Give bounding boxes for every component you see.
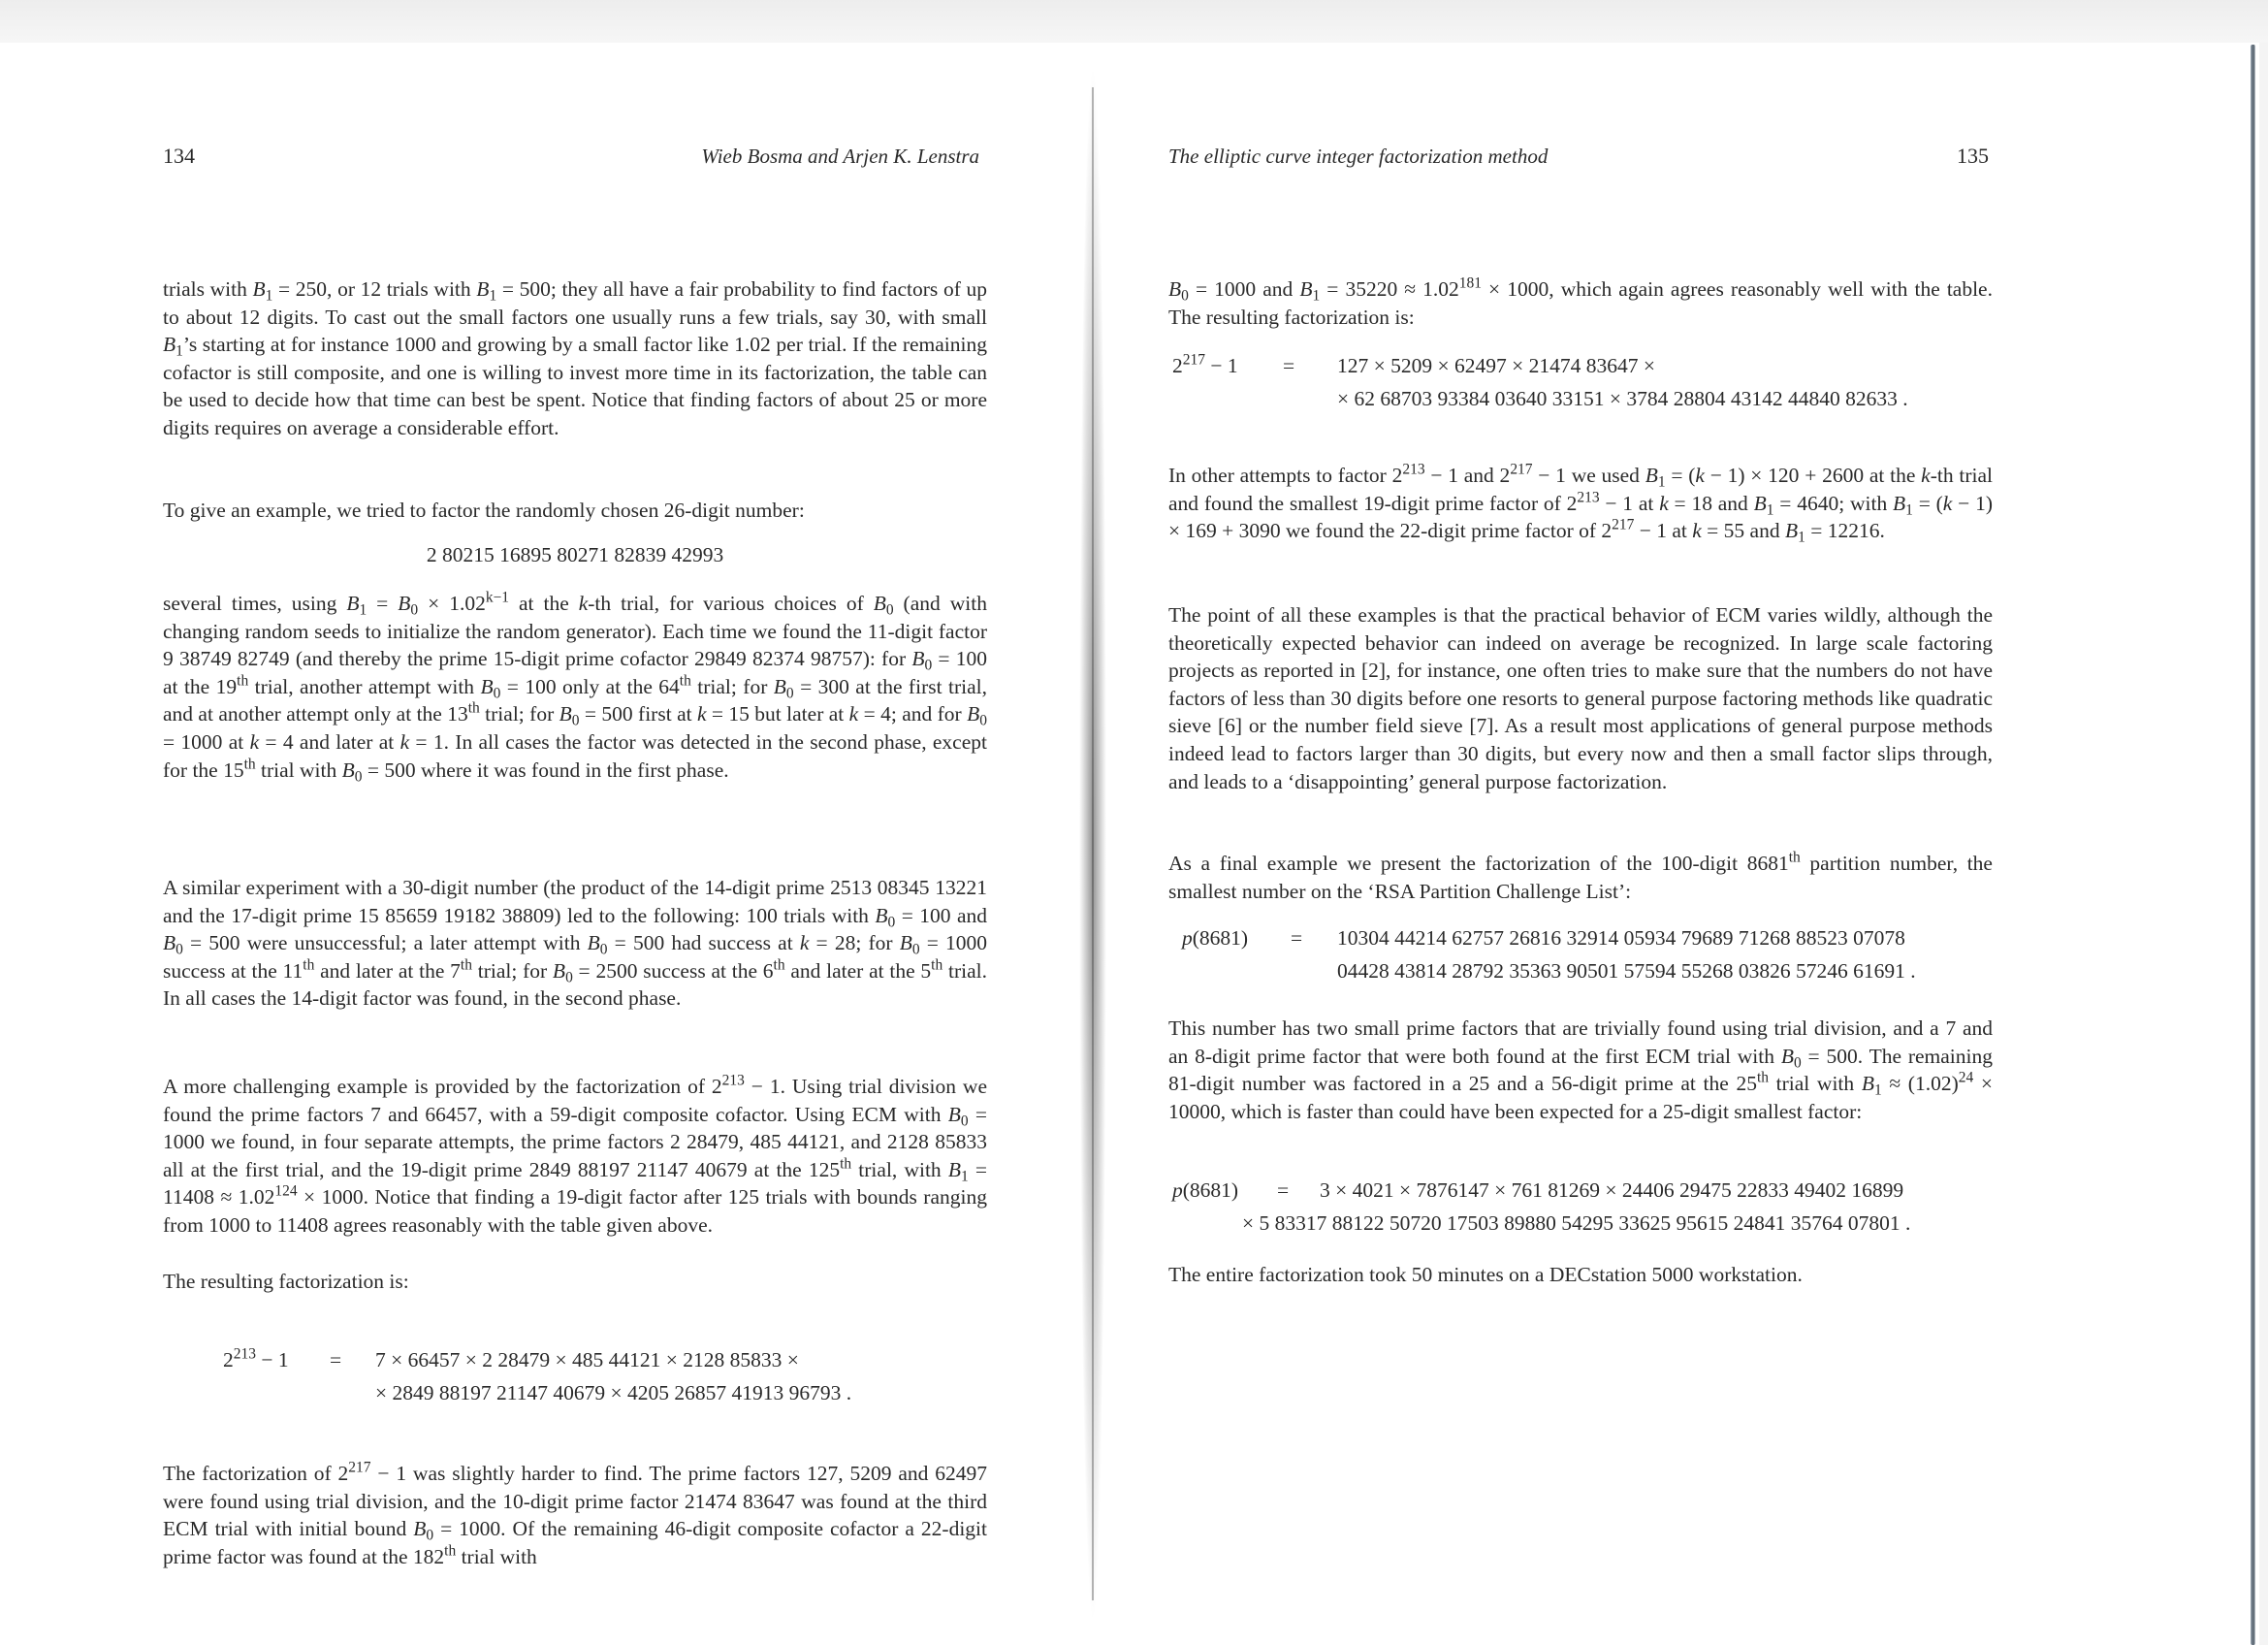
subscript: 1 <box>1874 1082 1882 1099</box>
paragraph: This number has two small prime factors … <box>1168 1015 1993 1125</box>
text-run: The point of all these examples is that … <box>1168 603 1993 793</box>
text-run: trial; for <box>691 675 774 698</box>
math-variable: k <box>697 702 707 726</box>
equation-2-213: 2213 − 1 = 7 × 66457 × 2 28479 × 485 441… <box>223 1345 979 1411</box>
superscript: 217 <box>1612 517 1634 533</box>
text-run: = ( <box>1666 464 1696 487</box>
text-run: The entire factorization took 50 minutes… <box>1168 1263 1803 1286</box>
math-variable: k <box>1943 492 1953 515</box>
paragraph-small-factors: This number has two small prime factors … <box>1168 1015 1993 1125</box>
text-run: 04428 43814 28792 35363 90501 57594 5526… <box>1337 959 1916 983</box>
text-run: = 15 but later at <box>707 702 849 726</box>
superscript: 213 <box>1577 489 1599 505</box>
superscript: th <box>680 672 691 689</box>
page-number: 135 <box>1957 142 1989 171</box>
superscript: k−1 <box>486 590 509 606</box>
equation-rhs-line-1: 3 × 4021 × 7876147 × 761 81269 × 24406 2… <box>1320 1176 1903 1205</box>
text-run: To give an example, we tried to factor t… <box>163 499 805 522</box>
equation-relation: = <box>1291 923 1302 952</box>
text-run: = ( <box>1913 492 1943 515</box>
text-run: A more challenging example is provided b… <box>163 1075 722 1098</box>
paragraph: The resulting factorization is: <box>163 1268 987 1296</box>
text-run: trial with <box>1769 1072 1862 1095</box>
paragraph-trials: several times, using B1 = B0 × 1.02k−1 a… <box>163 590 987 784</box>
subscript: 0 <box>1794 1054 1802 1071</box>
text-run: several times, using <box>163 592 346 615</box>
math-variable: B <box>948 1103 961 1126</box>
equation-rhs-line-2: 04428 43814 28792 35363 90501 57594 5526… <box>1337 956 1916 985</box>
subscript: 0 <box>565 969 573 985</box>
equation-rhs-line-2: × 62 68703 93384 03640 33151 × 3784 2880… <box>1337 384 1908 413</box>
math-variable: B <box>774 675 786 698</box>
superscript: 217 <box>1510 462 1532 478</box>
paragraph-point-of-examples: The point of all these examples is that … <box>1168 601 1993 795</box>
superscript: 217 <box>348 1460 370 1476</box>
math-variable: p <box>1172 1178 1183 1202</box>
math-variable: B <box>900 931 912 954</box>
subscript: 0 <box>786 685 794 701</box>
math-variable: B <box>1754 492 1767 515</box>
text-run: = 4640; with <box>1774 492 1894 515</box>
math-variable: k <box>800 931 810 954</box>
paragraph: As a final example we present the factor… <box>1168 850 1993 905</box>
scanner-top-margin <box>0 0 2268 43</box>
text-run: In other attempts to factor 2 <box>1168 464 1402 487</box>
equation-relation: = <box>1283 351 1294 380</box>
text-run: = 55 and <box>1702 519 1785 542</box>
text-run: = 500 were unsuccessful; a later attempt… <box>183 931 588 954</box>
math-variable: B <box>1299 277 1312 301</box>
math-variable: B <box>553 959 565 983</box>
subscript: 0 <box>410 602 418 619</box>
equation-p8681-value: p(8681) = 10304 44214 62757 26816 32914 … <box>1182 923 1996 989</box>
equation-2-217: 2217 − 1 = 127 × 5209 × 62497 × 21474 83… <box>1172 351 1987 417</box>
text-run: and later at the 5 <box>785 959 932 983</box>
superscript: th <box>468 700 480 717</box>
paragraph: trials with B1 = 250, or 12 trials with … <box>163 275 987 442</box>
subscript: 1 <box>961 1168 969 1184</box>
text-run: trial; for <box>480 702 559 726</box>
paragraph-challenging-example: A more challenging example is provided b… <box>163 1073 987 1240</box>
text-run: = 28; for <box>809 931 899 954</box>
paragraph-conclusion: The entire factorization took 50 minutes… <box>1168 1261 1993 1289</box>
equation-row-1: p(8681) = 3 × 4021 × 7876147 × 761 81269… <box>1172 1176 1996 1209</box>
paragraph-continuation: B0 = 1000 and B1 = 35220 ≈ 1.02181 × 100… <box>1168 275 1993 331</box>
equation-lhs: 2213 − 1 <box>223 1345 289 1374</box>
math-variable: B <box>163 931 176 954</box>
math-variable: B <box>163 333 176 356</box>
text-run: As a final example we present the factor… <box>1168 852 1789 875</box>
text-run: and later at the 7 <box>314 959 461 983</box>
math-variable: B <box>1785 519 1798 542</box>
subscript: 0 <box>961 1113 969 1129</box>
paragraph-similar-experiment: A similar experiment with a 30-digit num… <box>163 874 987 1013</box>
paragraph-resulting: The resulting factorization is: <box>163 1268 987 1296</box>
superscript: 124 <box>274 1183 297 1200</box>
text-run: × 62 68703 93384 03640 33151 × 3784 2880… <box>1337 387 1908 410</box>
equation-row-1: 2213 − 1 = 7 × 66457 × 2 28479 × 485 441… <box>223 1345 979 1378</box>
math-variable: k <box>400 730 410 754</box>
text-run: trial, with <box>851 1158 948 1181</box>
superscript: th <box>774 956 785 973</box>
text-run: = 1000 at <box>163 730 250 754</box>
text-run: × 1.02 <box>418 592 486 615</box>
text-run: = 500 first at <box>580 702 697 726</box>
paragraph: The factorization of 2217 − 1 was slight… <box>163 1460 987 1570</box>
superscript: th <box>840 1155 851 1172</box>
text-run: = 250, or 12 trials with <box>272 277 476 301</box>
equation-row-2: × 2849 88197 21147 40679 × 4205 26857 41… <box>223 1378 979 1411</box>
text-run: The resulting factorization is: <box>163 1270 409 1293</box>
subscript: 0 <box>1181 288 1189 305</box>
text-run: (8681) <box>1183 1178 1238 1202</box>
text-run: = 100 and <box>895 904 987 927</box>
right-running-head: The elliptic curve integer factorization… <box>1168 142 1993 171</box>
superscript: th <box>461 956 472 973</box>
math-variable: B <box>346 592 359 615</box>
text-run: − 1 and 2 <box>1425 464 1511 487</box>
equation-row-2: × 62 68703 93384 03640 33151 × 3784 2880… <box>1172 384 1987 417</box>
text-run: − 1 at <box>1600 492 1660 515</box>
superscript: 181 <box>1459 275 1482 292</box>
equation-lhs: p(8681) <box>1182 923 1248 952</box>
subscript: 0 <box>912 942 920 958</box>
page-edge <box>2251 45 2255 1645</box>
text-run: 2 80215 16895 80271 82839 42993 <box>427 543 723 566</box>
text-run: = 12216. <box>1805 519 1885 542</box>
text-run: -th trial, for various choices of <box>588 592 873 615</box>
text-run: = 1000 and <box>1189 277 1299 301</box>
text-run: (8681) <box>1193 926 1248 950</box>
subscript: 0 <box>979 713 987 729</box>
text-run: trials with <box>163 277 253 301</box>
superscript: th <box>931 956 942 973</box>
text-run: = 100 only at the 64 <box>500 675 679 698</box>
math-variable: B <box>480 675 493 698</box>
math-variable: B <box>948 1158 961 1181</box>
text-run: at the <box>509 592 579 615</box>
paragraph: A similar experiment with a 30-digit num… <box>163 874 987 1013</box>
paragraph-example-intro: To give an example, we tried to factor t… <box>163 497 987 525</box>
math-variable: B <box>874 592 886 615</box>
text-run: = 18 and <box>1669 492 1754 515</box>
text-run: 2 <box>1172 354 1183 377</box>
math-variable: B <box>875 904 887 927</box>
paragraph: The entire factorization took 50 minutes… <box>1168 1261 1993 1289</box>
text-run: = 500 had success at <box>608 931 800 954</box>
superscript: 213 <box>234 1346 256 1363</box>
math-variable: B <box>342 758 355 782</box>
subscript: 0 <box>600 942 608 958</box>
paragraph-final-example: As a final example we present the factor… <box>1168 850 1993 905</box>
display-number-26-digit: 2 80215 16895 80271 82839 42993 <box>163 541 987 569</box>
equation-rhs-line-2: × 5 83317 88122 50720 17503 89880 54295 … <box>1242 1209 1910 1238</box>
superscript: th <box>303 956 314 973</box>
paragraph: To give an example, we tried to factor t… <box>163 497 987 525</box>
superscript: 213 <box>722 1073 745 1089</box>
equation-rhs-line-1: 10304 44214 62757 26816 32914 05934 7968… <box>1337 923 1905 952</box>
left-running-head: 134 Wieb Bosma and Arjen K. Lenstra <box>163 142 987 171</box>
math-variable: B <box>1645 464 1658 487</box>
equation-relation: = <box>1277 1176 1289 1205</box>
superscript: th <box>244 756 256 772</box>
superscript: 24 <box>1959 1070 1973 1086</box>
text-run: − 1) × 120 + 2600 at the <box>1705 464 1921 487</box>
math-variable: p <box>1182 926 1193 950</box>
equation-lhs: 2217 − 1 <box>1172 351 1238 380</box>
subscript: 0 <box>355 768 363 785</box>
text-run: trial; for <box>472 959 553 983</box>
book-gutter-shadow <box>1049 68 1136 1620</box>
paragraph-other-attempts: In other attempts to factor 2213 − 1 and… <box>1168 462 1993 545</box>
math-variable: B <box>1893 492 1905 515</box>
text-run: − 1 <box>256 1348 289 1371</box>
equation-rhs-line-2: × 2849 88197 21147 40679 × 4205 26857 41… <box>375 1378 851 1407</box>
equation-row-2: × 5 83317 88122 50720 17503 89880 54295 … <box>1172 1209 1996 1242</box>
running-title-authors: Wieb Bosma and Arjen K. Lenstra <box>701 142 979 171</box>
text-run: − 1 <box>1205 354 1238 377</box>
math-variable: k <box>1695 464 1705 487</box>
paragraph-intro: trials with B1 = 250, or 12 trials with … <box>163 275 987 442</box>
text-run: The factorization of 2 <box>163 1462 348 1485</box>
math-variable: k <box>1692 519 1702 542</box>
paragraph-2-217: The factorization of 2217 − 1 was slight… <box>163 1460 987 1570</box>
math-variable: B <box>253 277 266 301</box>
math-variable: B <box>476 277 489 301</box>
math-variable: B <box>398 592 410 615</box>
math-variable: B <box>559 702 572 726</box>
text-run: × 2849 88197 21147 40679 × 4205 26857 41… <box>375 1381 851 1404</box>
text-run: = <box>367 592 398 615</box>
equation-rhs-line-1: 127 × 5209 × 62497 × 21474 83647 × <box>1337 351 1655 380</box>
text-run: × 5 83317 88122 50720 17503 89880 54295 … <box>1242 1211 1910 1235</box>
paragraph: several times, using B1 = B0 × 1.02k−1 a… <box>163 590 987 784</box>
text-run: 7 × 66457 × 2 28479 × 485 44121 × 2128 8… <box>375 1348 799 1371</box>
subscript: 0 <box>572 713 580 729</box>
running-title-chapter: The elliptic curve integer factorization… <box>1168 142 1548 171</box>
text-run: − 1 we used <box>1533 464 1645 487</box>
text-run: 3 × 4021 × 7876147 × 761 81269 × 24406 2… <box>1320 1178 1903 1202</box>
math-variable: k <box>250 730 260 754</box>
math-variable: B <box>588 931 600 954</box>
equation-row-1: p(8681) = 10304 44214 62757 26816 32914 … <box>1182 923 1996 956</box>
text-run: = 35220 ≈ 1.02 <box>1320 277 1459 301</box>
superscript: 213 <box>1402 462 1424 478</box>
math-variable: B <box>911 647 924 670</box>
text-run: 2 <box>223 1348 234 1371</box>
subscript: 1 <box>1767 501 1774 518</box>
text-run: 10304 44214 62757 26816 32914 05934 7968… <box>1337 926 1905 950</box>
page-number: 134 <box>163 142 195 171</box>
math-variable: k <box>1659 492 1669 515</box>
math-variable: k <box>579 592 589 615</box>
equation-row-1: 2217 − 1 = 127 × 5209 × 62497 × 21474 83… <box>1172 351 1987 384</box>
subscript: 1 <box>1798 530 1805 546</box>
equation-relation: = <box>330 1345 341 1374</box>
subscript: 0 <box>426 1528 433 1544</box>
display-number: 2 80215 16895 80271 82839 42993 <box>163 541 987 569</box>
subscript: 1 <box>176 343 183 360</box>
text-run: trial with <box>256 758 342 782</box>
equation-rhs-line-1: 7 × 66457 × 2 28479 × 485 44121 × 2128 8… <box>375 1345 799 1374</box>
math-variable: B <box>1168 277 1181 301</box>
math-variable: B <box>967 702 979 726</box>
math-variable: B <box>1781 1045 1794 1068</box>
math-variable: k <box>849 702 859 726</box>
text-run: trial, another attempt with <box>248 675 480 698</box>
math-variable: B <box>1862 1072 1874 1095</box>
superscript: th <box>237 672 248 689</box>
paragraph: A more challenging example is provided b… <box>163 1073 987 1240</box>
text-run: = 500 where it was found in the first ph… <box>363 758 729 782</box>
paragraph: The point of all these examples is that … <box>1168 601 1993 795</box>
text-run: A similar experiment with a 30-digit num… <box>163 876 987 927</box>
equation-lhs: p(8681) <box>1172 1176 1238 1205</box>
superscript: th <box>444 1542 456 1559</box>
subscript: 1 <box>1905 501 1913 518</box>
subscript: 0 <box>886 602 894 619</box>
superscript: th <box>1757 1070 1769 1086</box>
equation-row-2: 04428 43814 28792 35363 90501 57594 5526… <box>1182 956 1996 989</box>
subscript: 1 <box>1658 474 1666 491</box>
subscript: 0 <box>176 942 183 958</box>
text-run: = 4 and later at <box>259 730 399 754</box>
text-run: trial with <box>456 1545 537 1568</box>
text-run: 127 × 5209 × 62497 × 21474 83647 × <box>1337 354 1655 377</box>
equation-p8681-factors: p(8681) = 3 × 4021 × 7876147 × 761 81269… <box>1172 1176 1996 1242</box>
math-variable: k <box>1921 464 1931 487</box>
text-run: = 4; and for <box>858 702 967 726</box>
paragraph: B0 = 1000 and B1 = 35220 ≈ 1.02181 × 100… <box>1168 275 1993 331</box>
math-variable: B <box>413 1517 426 1540</box>
subscript: 1 <box>489 288 496 305</box>
text-run: = 2500 success at the 6 <box>573 959 774 983</box>
superscript: th <box>1789 850 1801 866</box>
superscript: 217 <box>1183 352 1205 369</box>
text-run: ’s starting at for instance 1000 and gro… <box>163 333 987 439</box>
text-run: − 1 at <box>1634 519 1692 542</box>
paragraph: In other attempts to factor 2213 − 1 and… <box>1168 462 1993 545</box>
text-run: ≈ (1.02) <box>1882 1072 1959 1095</box>
